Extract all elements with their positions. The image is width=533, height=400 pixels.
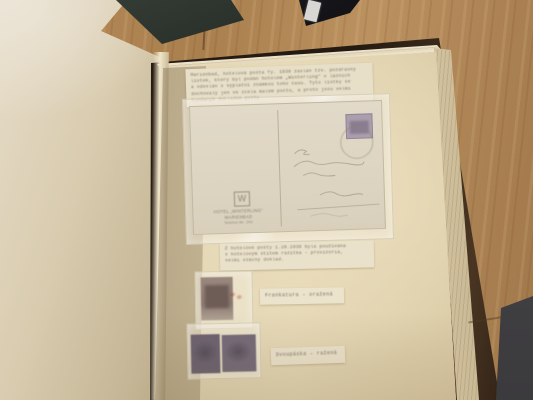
desk-plank-gap — [202, 27, 205, 50]
red-overprint-mark — [228, 288, 244, 303]
label-text: Dvoupáska – ražená — [276, 350, 345, 358]
handwritten-address-strokes — [190, 101, 387, 236]
typewritten-note-mid: Z hotelové pošty 1.10.1938 byla používán… — [220, 240, 375, 270]
stamp-vignette — [205, 285, 229, 308]
stamp-caption-label-1: Frankatura – oražená — [260, 287, 344, 304]
hotel-postcard: W HOTEL „WINTERLING“ MARIENBAD Telefon-N… — [189, 100, 386, 235]
glassine-packet-stamp-pair — [186, 322, 261, 380]
label-text: Frankatura – oražená — [265, 291, 344, 298]
stamp-caption-label-2: Dvoupáska – ražená — [271, 346, 346, 366]
glassine-packet-single-stamp — [194, 270, 253, 329]
photo-stamp-album-on-desk: Marienbad, hotelová pošta fy. 1938 zaslá… — [0, 0, 533, 400]
purple-stamp-left — [191, 334, 221, 374]
purple-stamp-right — [222, 334, 257, 372]
